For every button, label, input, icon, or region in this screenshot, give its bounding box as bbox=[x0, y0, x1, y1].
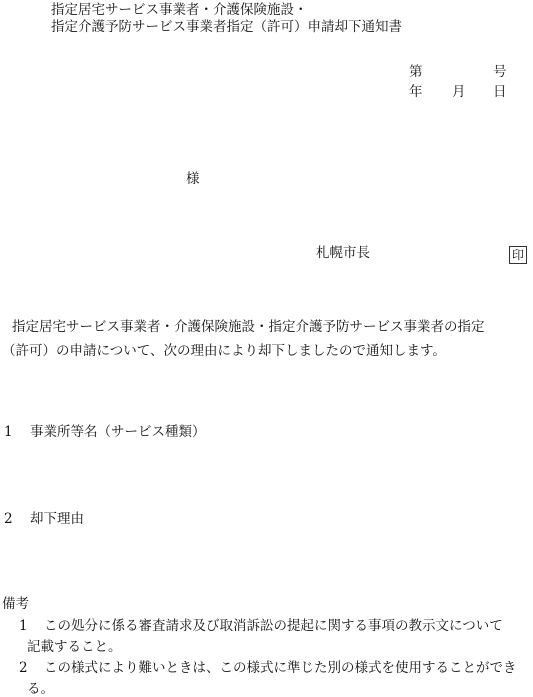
item-1-number: 1 bbox=[4, 426, 13, 440]
remark-1-number: 1 bbox=[19, 620, 28, 634]
body-line-1: 指定居宅サービス事業者・介護保険施設・指定介護予防サービス事業者の指定 bbox=[12, 321, 485, 335]
number-prefix: 第 bbox=[409, 66, 423, 80]
title-line-2: 指定介護予防サービス事業者指定（許可）申請却下通知書 bbox=[51, 21, 402, 35]
sender-name: 札幌市長 bbox=[316, 247, 370, 261]
remark-1-line-1: この処分に係る審査請求及び取消訴訟の提起に関する事項の教示文について bbox=[44, 620, 503, 634]
remarks-heading: 備考 bbox=[2, 598, 29, 612]
remark-2-line-2: る。 bbox=[27, 683, 54, 697]
remark-2-line-1: この様式により難いときは、この様式に準じた別の様式を使用することができ bbox=[44, 662, 517, 676]
date-month: 月 bbox=[452, 86, 466, 100]
remark-2-number: 2 bbox=[19, 662, 28, 676]
item-2-label: 却下理由 bbox=[30, 513, 84, 527]
item-2-number: 2 bbox=[4, 513, 13, 527]
seal-icon: 印 bbox=[509, 246, 527, 264]
remark-1-line-2: 記載すること。 bbox=[27, 641, 122, 655]
addressee-honorific: 様 bbox=[186, 173, 200, 187]
date-day: 日 bbox=[493, 86, 507, 100]
number-suffix: 号 bbox=[493, 66, 507, 80]
body-line-2: （許可）の申請について、次の理由により却下しましたので通知します。 bbox=[2, 345, 446, 359]
title-line-1: 指定居宅サービス事業者・介護保険施設・ bbox=[51, 4, 308, 18]
date-year: 年 bbox=[409, 86, 423, 100]
item-1-label: 事業所等名（サービス種類） bbox=[30, 426, 206, 440]
